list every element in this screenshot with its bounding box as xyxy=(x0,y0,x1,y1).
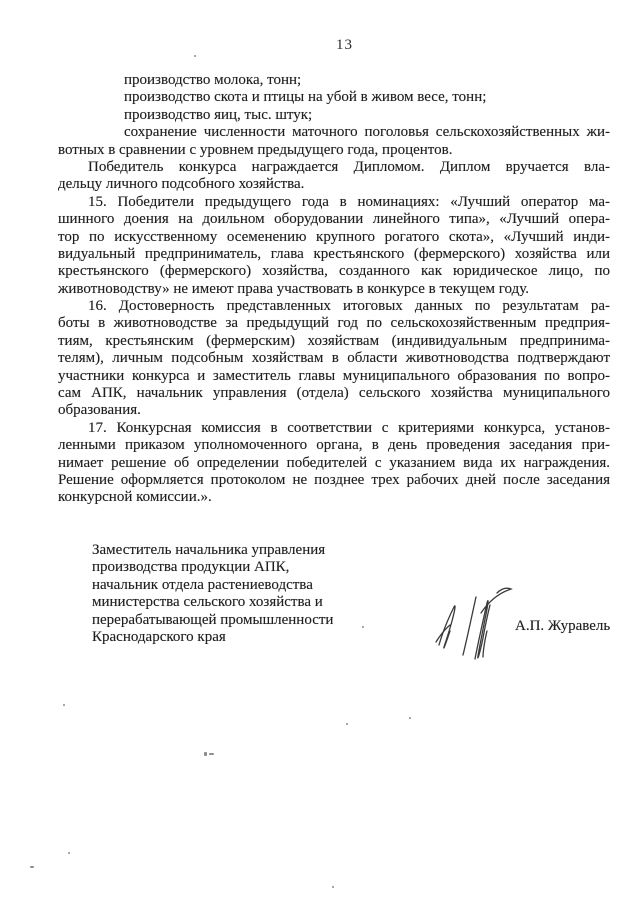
scan-speck xyxy=(30,866,34,868)
text-line: конкурсной комиссии.». xyxy=(58,489,610,506)
text-line: 16. Достоверность представленных итоговы… xyxy=(88,298,610,315)
text-line: сам АПК, начальник управления (отдела) с… xyxy=(58,385,610,402)
scanned-document-page: 13 производство молока, тонн;производств… xyxy=(0,0,640,905)
text-line: 17. Конкурсная комиссия в соответствии с… xyxy=(88,420,610,437)
scan-speck xyxy=(332,886,334,888)
scan-speck xyxy=(409,717,411,719)
signature-block: Заместитель начальника управленияпроизво… xyxy=(92,542,392,646)
signature-title-line: перерабатывающей промышленности xyxy=(92,612,392,629)
text-line: шинного доения на доильном оборудовании … xyxy=(58,211,610,228)
text-line: тор по искусственному осеменению крупног… xyxy=(58,229,610,246)
text-line: тиям, крестьянским (фермерским) хозяйств… xyxy=(58,333,610,350)
text-line: производство скота и птицы на убой в жив… xyxy=(124,89,610,106)
scan-speck xyxy=(68,852,70,854)
text-line: боты в животноводстве за предыдущий год … xyxy=(58,315,610,332)
scan-speck xyxy=(209,753,214,755)
signature-title-line: начальник отдела растениеводства xyxy=(92,577,392,594)
scan-speck xyxy=(63,704,65,706)
text-line: образования. xyxy=(58,402,610,419)
text-line: телям), личным подсобным хозяйствам в об… xyxy=(58,350,610,367)
page-number: 13 xyxy=(336,37,353,54)
text-line: животноводству» не имеют права участвова… xyxy=(58,281,610,298)
signature-title-line: министерства сельского хозяйства и xyxy=(92,594,392,611)
signature-title-line: производства продукции АПК, xyxy=(92,559,392,576)
text-line: производство молока, тонн; xyxy=(124,72,610,89)
text-line: видуальный предприниматель, глава кресть… xyxy=(58,246,610,263)
text-line: участники конкурса и заместитель главы м… xyxy=(58,368,610,385)
text-line: ленными приказом уполномоченного органа,… xyxy=(58,437,610,454)
scan-speck xyxy=(362,626,364,628)
text-line: вотных в сравнении с уровнем предыдущего… xyxy=(58,142,610,159)
signature-title-line: Краснодарского края xyxy=(92,629,392,646)
text-line: Победитель конкурса награждается Дипломо… xyxy=(88,159,610,176)
handwritten-signature-icon xyxy=(423,583,515,665)
text-line: 15. Победители предыдущего года в номина… xyxy=(88,194,610,211)
signature-title-line: Заместитель начальника управления xyxy=(92,542,392,559)
document-body: производство молока, тонн;производство с… xyxy=(58,72,610,507)
text-line: крестьянского (фермерского) хозяйства, с… xyxy=(58,263,610,280)
scan-speck xyxy=(194,55,196,57)
text-line: сохранение численности маточного поголов… xyxy=(124,124,610,141)
text-line: производство яиц, тыс. штук; xyxy=(124,107,610,124)
text-line: Решение оформляется протоколом не поздне… xyxy=(58,472,610,489)
signee-name: А.П. Журавель xyxy=(515,618,610,635)
scan-speck xyxy=(346,723,348,725)
scan-speck xyxy=(204,752,207,756)
text-line: дельцу личного подсобного хозяйства. xyxy=(58,176,610,193)
text-line: нимает решение об определении победителе… xyxy=(58,455,610,472)
